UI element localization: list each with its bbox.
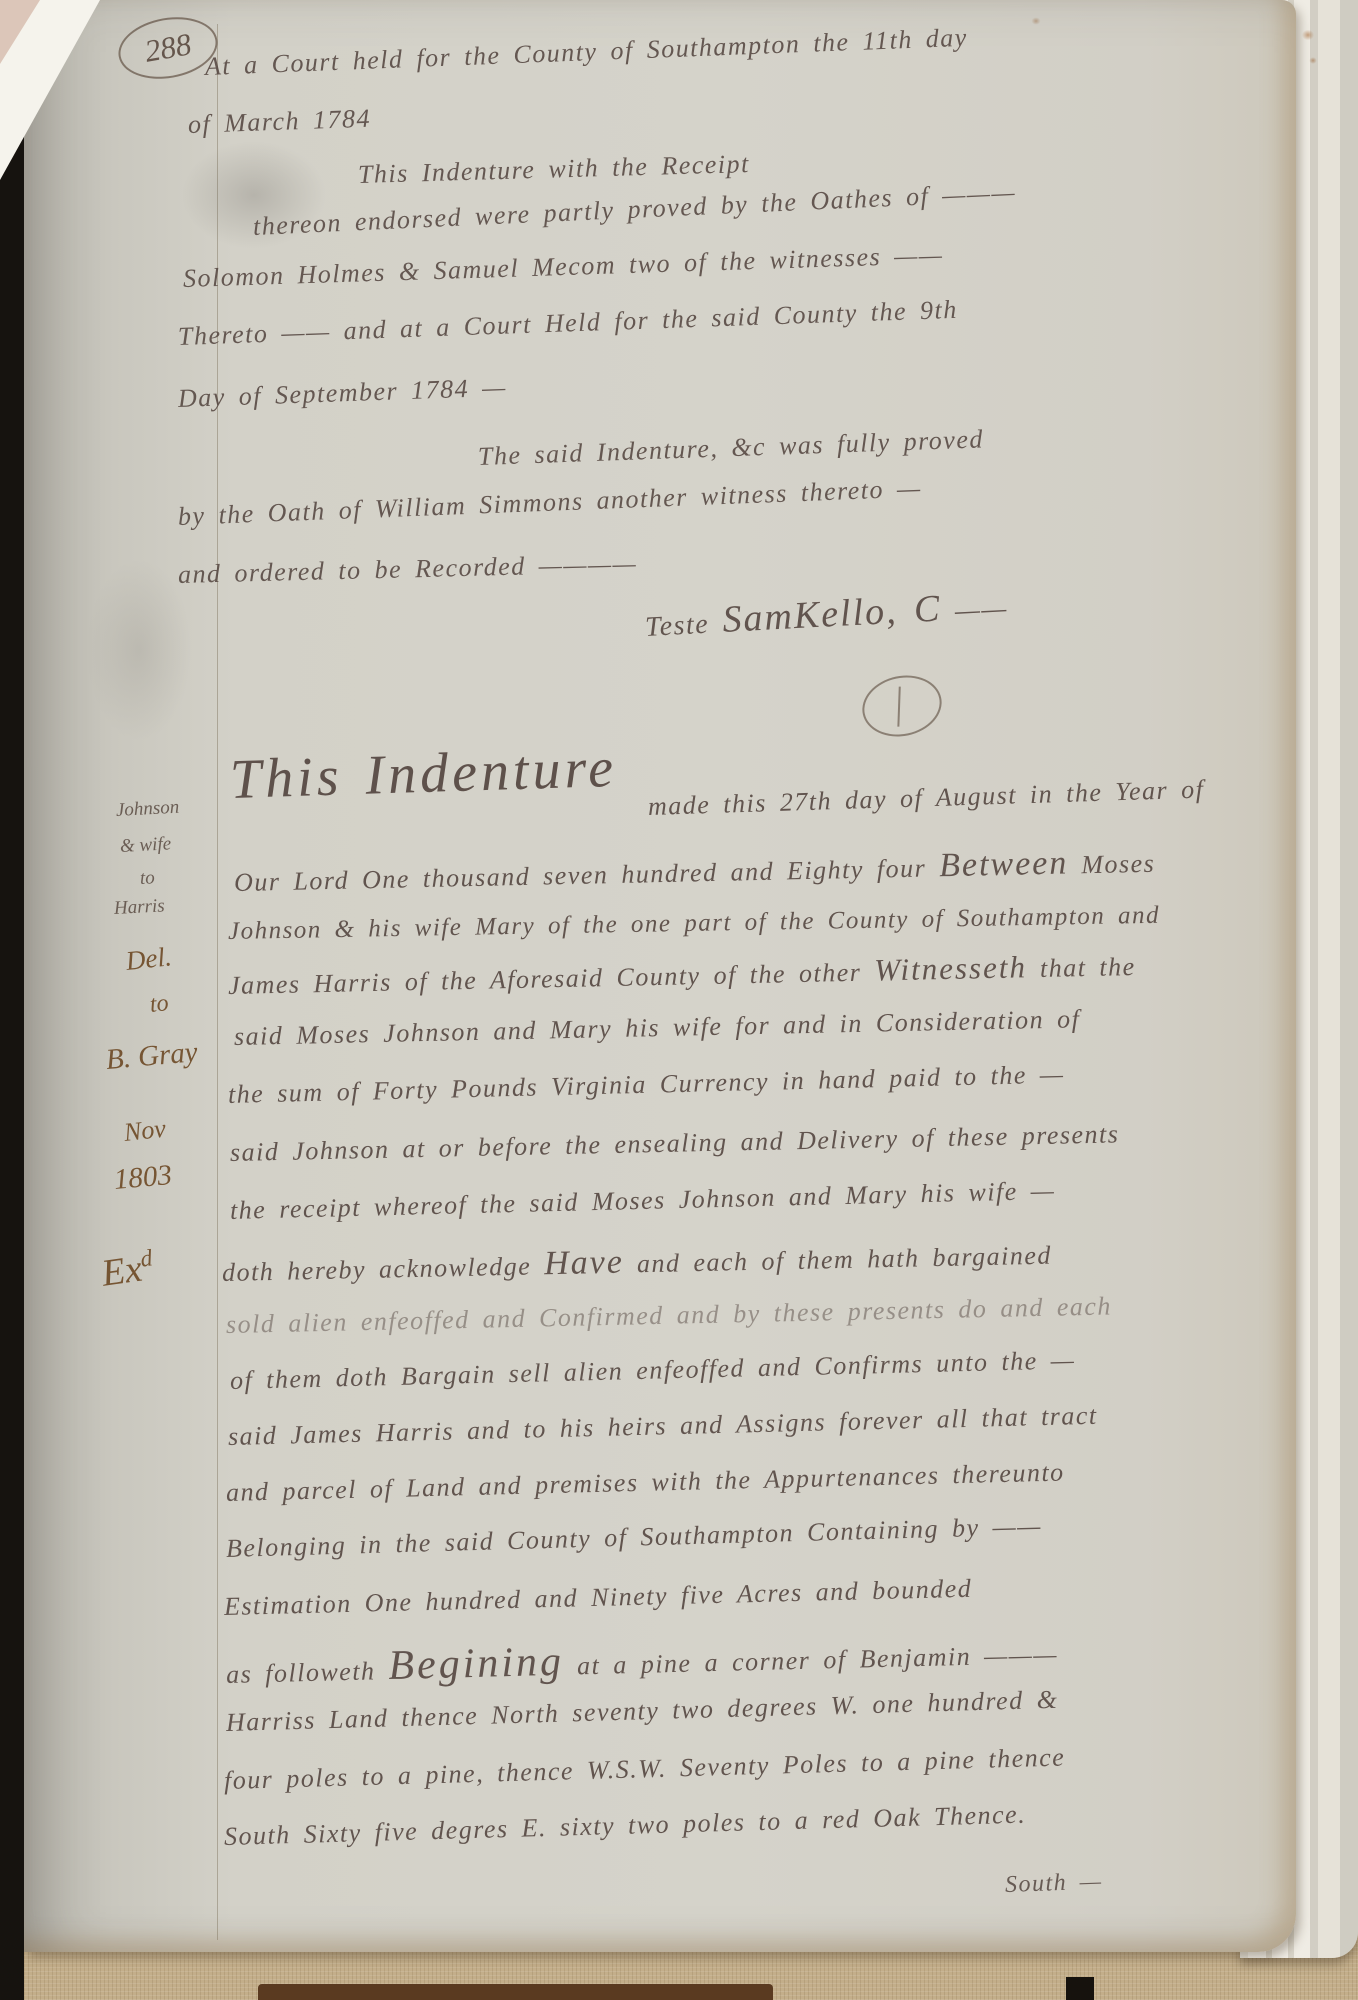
line-text: doth hereby acknowledge bbox=[222, 1251, 545, 1287]
margin-note-to: to bbox=[139, 867, 155, 890]
margin-note-grantee: Harris bbox=[113, 895, 165, 920]
margin-note-month: Nov bbox=[122, 1114, 167, 1148]
line-emphasis: Begining bbox=[388, 1639, 565, 1689]
line-text: as followeth bbox=[226, 1656, 389, 1689]
book-board-fragment bbox=[258, 1984, 773, 2000]
line-text: at a pine a corner of Benjamin ——— bbox=[564, 1640, 1059, 1681]
binding-gutter-shadow bbox=[0, 84, 24, 2000]
margin-note-year: 1803 bbox=[113, 1159, 174, 1197]
margin-note-to: to bbox=[149, 990, 170, 1019]
margin-fold-line bbox=[217, 24, 218, 1940]
page-number-text: 288 bbox=[142, 26, 194, 70]
line-text: and each of them hath bargained bbox=[624, 1241, 1052, 1279]
teste-label: Teste bbox=[644, 608, 723, 643]
catchword: South — bbox=[1005, 1869, 1103, 1899]
book-board-fragment bbox=[1066, 1977, 1094, 2000]
line-emphasis: Between bbox=[939, 845, 1069, 885]
margin-note-delivered: Del. bbox=[124, 941, 173, 977]
examined-text: Ex bbox=[99, 1248, 145, 1295]
line-emphasis: Witnesseth bbox=[874, 949, 1027, 987]
margin-note-grantor-wife: & wife bbox=[119, 833, 171, 858]
line-text: Moses bbox=[1068, 849, 1156, 880]
page-stain bbox=[154, 120, 354, 270]
signature-dash: —— bbox=[941, 593, 1009, 627]
manuscript-photo: 288 At a Court held for the County of So… bbox=[0, 0, 1358, 2000]
line-emphasis: Have bbox=[544, 1244, 625, 1283]
court-record-line: of March 1784 bbox=[187, 104, 371, 140]
signature-flourish-stroke bbox=[897, 687, 900, 727]
indenture-opening: This Indenture bbox=[229, 736, 618, 812]
margin-note-examined: Exd bbox=[99, 1245, 156, 1296]
line-text: that the bbox=[1027, 952, 1136, 983]
margin-note-grantor: Johnson bbox=[115, 797, 179, 822]
